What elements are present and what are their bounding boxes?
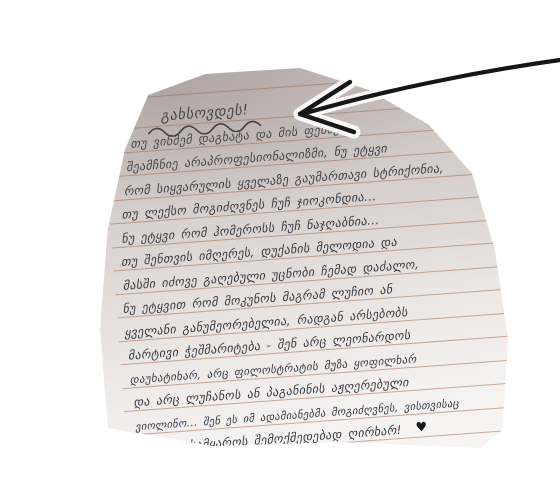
photo-of-handwritten-note: გახსოვდეს! თუ ვინმემ დაგხატა და მის ფეხზ… (0, 0, 560, 504)
heart-icon: ♥ (415, 420, 428, 437)
torn-paper: გახსოვდეს! თუ ვინმემ დაგხატა და მის ფეხზ… (85, 62, 515, 460)
handwriting-block: გახსოვდეს! თუ ვინმემ დაგხატა და მის ფეხზ… (100, 55, 518, 459)
